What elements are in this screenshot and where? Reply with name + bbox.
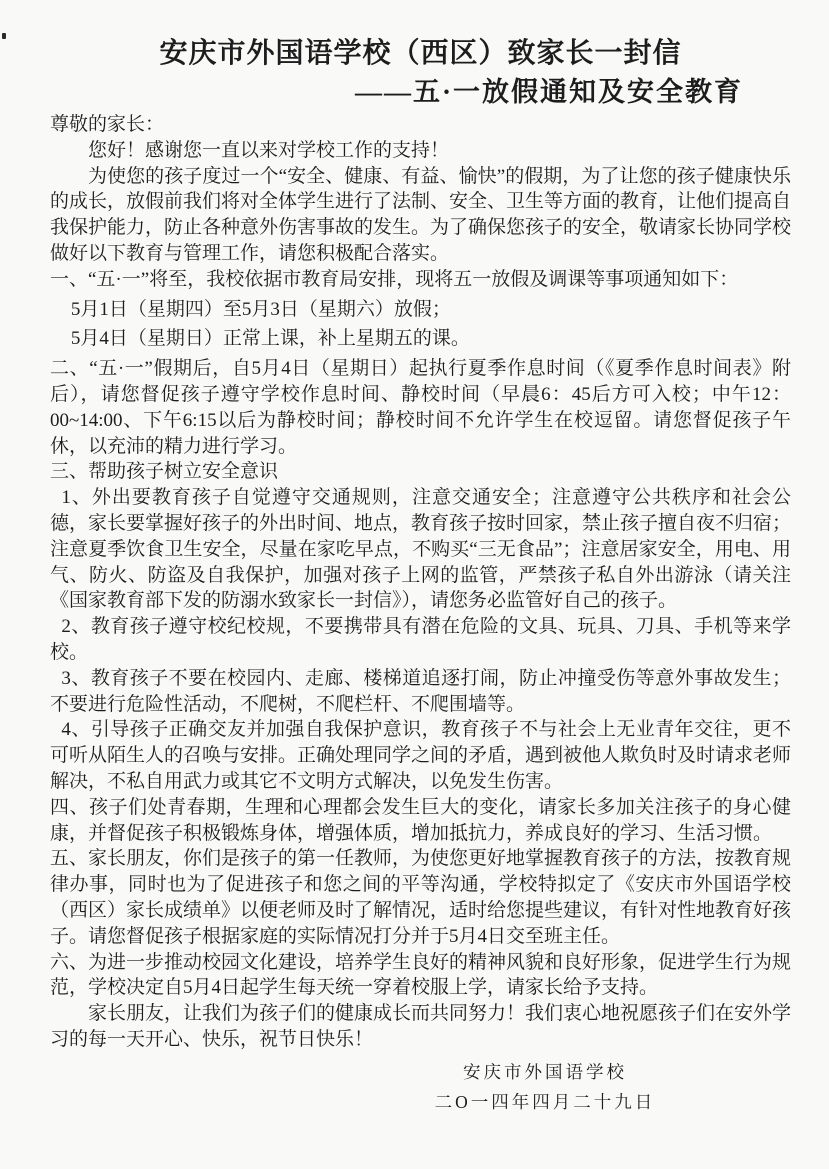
salutation: 尊敬的家长： (50, 112, 791, 138)
signature-date: 二O一四年四月二十九日 (395, 1087, 695, 1117)
section-1-heading: 一、“五·一”将至，我校依据市教育局安排，现将五一放假及调课等事项通知如下： (50, 267, 791, 293)
safety-item-4: 4、引导孩子正确交友并加强自我保护意识，教育孩子不与社会上无业青年交往，更不可听… (50, 717, 791, 794)
scan-artifact-speck (2, 33, 6, 39)
section-3-heading: 三、帮助孩子树立安全意识 (50, 459, 791, 485)
greeting-paragraph: 您好！感谢您一直以来对学校工作的支持！ (50, 138, 791, 164)
section-6-paragraph: 六、为进一步推动校园文化建设，培养学生良好的精神风貌和良好形象，促进学生行为规范… (50, 950, 791, 1002)
safety-item-3: 3、教育孩子不要在校园内、走廊、楼梯道追逐打闹，防止冲撞受伤等意外事故发生；不要… (50, 666, 791, 718)
holiday-schedule-line-1: 5月1日（星期四）至5月3日（星期六）放假； (50, 297, 791, 323)
signature-block: 安庆市外国语学校 二O一四年四月二十九日 (395, 1057, 695, 1117)
letter-body: 尊敬的家长： 您好！感谢您一直以来对学校工作的支持！ 为使您的孩子度过一个“安全… (50, 112, 791, 1053)
intro-paragraph: 为使您的孩子度过一个“安全、健康、有益、愉快”的假期，为了让您的孩子健康快乐的成… (50, 164, 791, 267)
holiday-schedule-line-2: 5月4日（星期日）正常上课，补上星期五的课。 (50, 326, 791, 352)
letter-page: 安庆市外国语学校（西区）致家长一封信 ——五·一放假通知及安全教育 尊敬的家长：… (0, 0, 829, 1169)
page-title: 安庆市外国语学校（西区）致家长一封信 (50, 34, 791, 73)
section-2-paragraph: 二、“五·一”假期后，自5月4日（星期日）起执行夏季作息时间（《夏季作息时间表》… (50, 356, 791, 459)
safety-item-1: 1、外出要教育孩子自觉遵守交通规则，注意交通安全；注意遵守公共秩序和社会公德，家… (50, 485, 791, 614)
closing-paragraph: 家长朋友，让我们为孩子们的健康成长而共同努力！我们衷心地祝愿孩子们在安外学习的每… (50, 1001, 791, 1053)
page-subtitle: ——五·一放假通知及安全教育 (50, 73, 791, 112)
safety-item-2: 2、教育孩子遵守校纪校规，不要携带具有潜在危险的文具、玩具、刀具、手机等来学校。 (50, 614, 791, 666)
signature-school: 安庆市外国语学校 (395, 1057, 695, 1087)
section-5-paragraph: 五、家长朋友，你们是孩子的第一任教师，为使您更好地掌握教育孩子的方法，按教育规律… (50, 846, 791, 949)
section-4-paragraph: 四、孩子们处青春期，生理和心理都会发生巨大的变化，请家长多加关注孩子的身心健康，… (50, 795, 791, 847)
